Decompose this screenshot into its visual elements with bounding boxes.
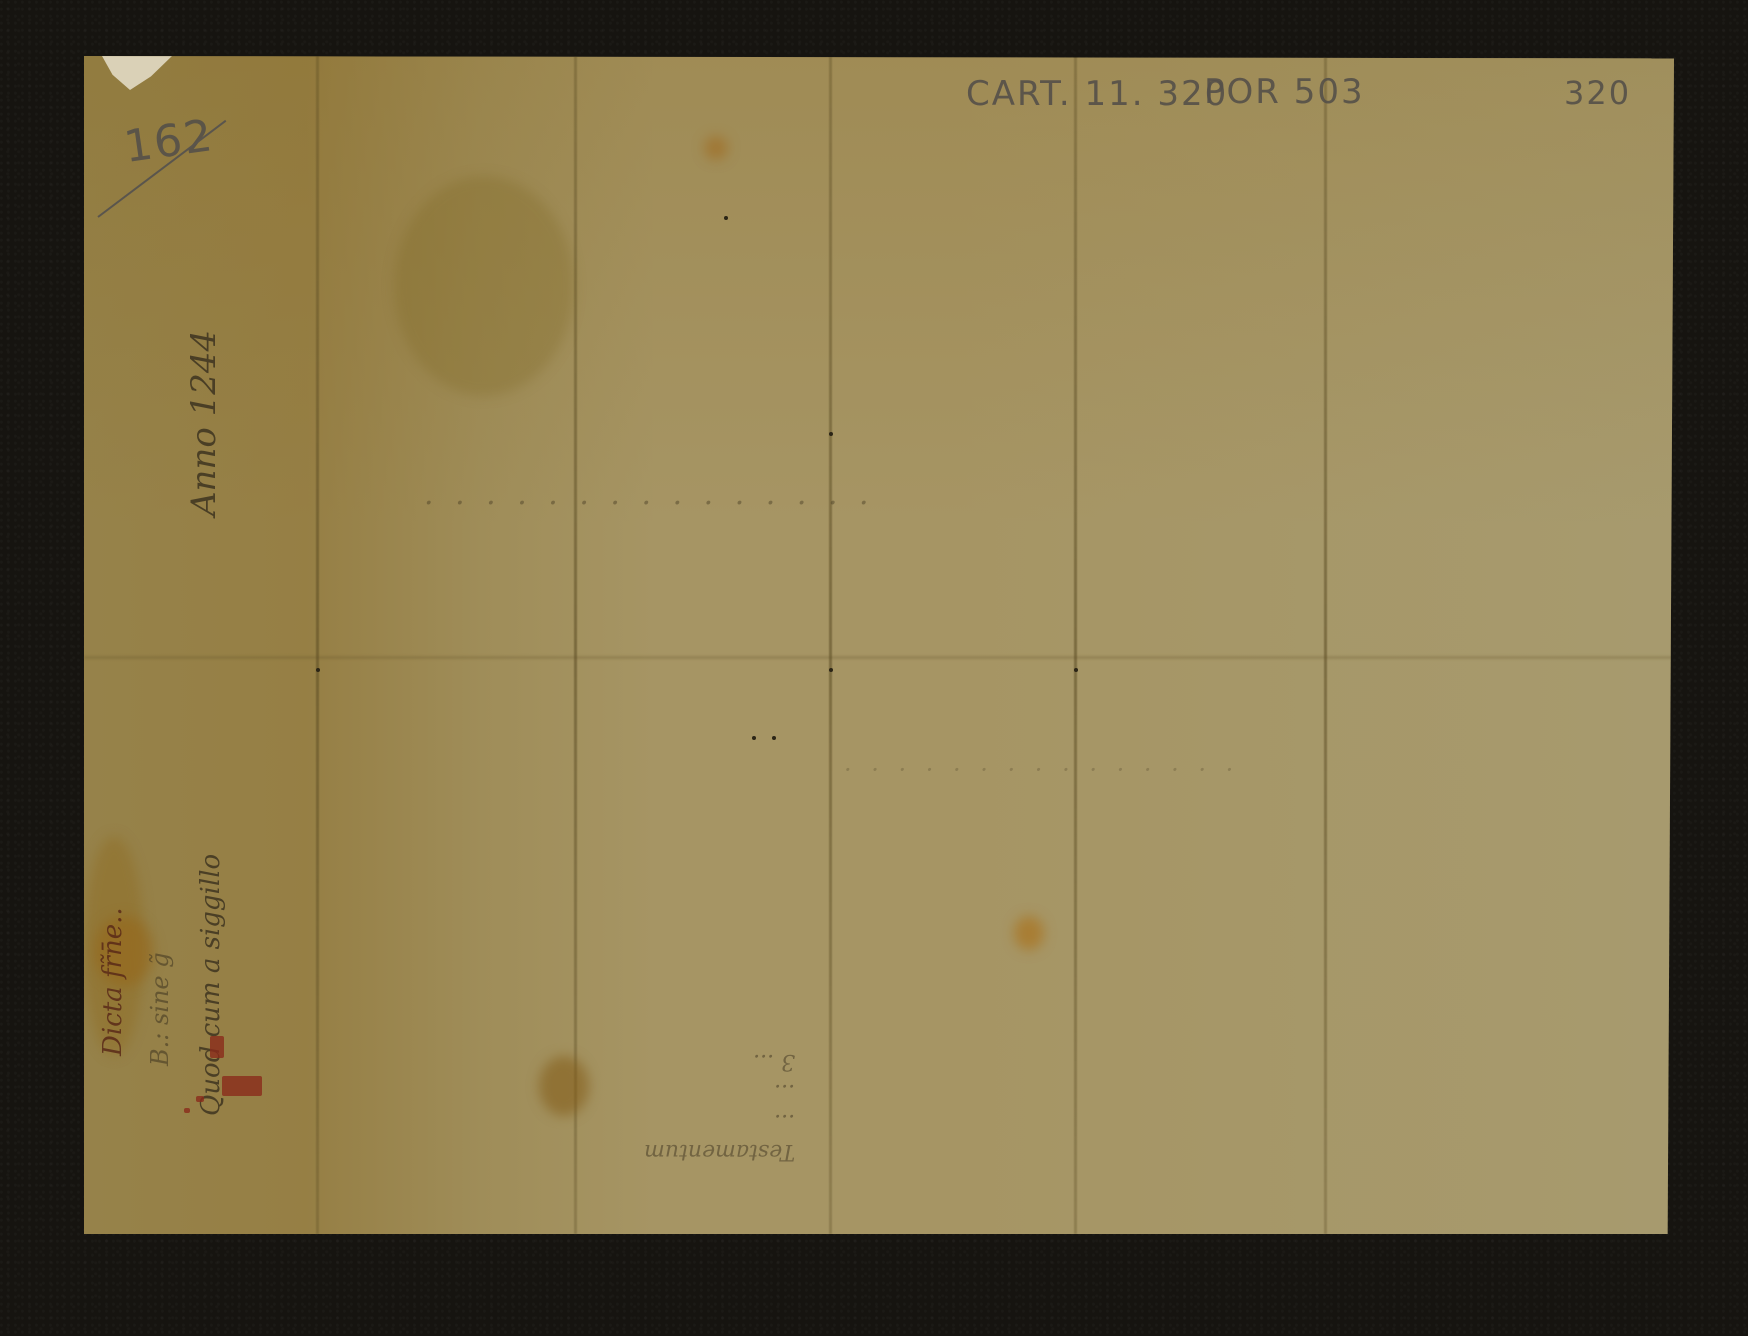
red-wax-trace xyxy=(184,1108,190,1113)
endorsement-line: 3 ... xyxy=(644,1046,795,1076)
prick-mark xyxy=(772,736,776,740)
shelfmark: CART. 11. 320 xyxy=(966,74,1228,114)
stain xyxy=(704,136,728,160)
por-number: POR 503 xyxy=(1204,72,1365,112)
red-wax-trace xyxy=(210,1036,224,1058)
prick-mark xyxy=(1074,668,1078,672)
corner-tear xyxy=(102,56,172,90)
endorsement-line: Testamentum xyxy=(644,1136,795,1166)
stain xyxy=(1014,916,1044,950)
fold-line xyxy=(316,56,319,1234)
date-note: Anno 1244 xyxy=(184,330,224,516)
show-through-text-line: · · · · · · · · · · · · · · · xyxy=(844,756,1239,784)
stain xyxy=(539,1056,589,1116)
fold-line xyxy=(829,56,832,1234)
prick-mark xyxy=(829,432,833,436)
fold-line xyxy=(574,56,577,1234)
side-note-2: B.: sine g̃ xyxy=(146,952,174,1066)
prick-mark xyxy=(724,216,728,220)
show-through-text-line: · · · · · · · · · · · · · · · xyxy=(424,486,875,521)
inverted-endorsement: Testamentum ... ... 3 ... xyxy=(644,1046,795,1166)
parchment-sheet: 162 CART. 11. 320 POR 503 320 Anno 1244 … xyxy=(84,56,1674,1234)
fold-line-horizontal xyxy=(84,656,1674,659)
fold-line xyxy=(1324,56,1327,1234)
folio-number: 320 xyxy=(1564,74,1631,112)
fold-line xyxy=(1074,56,1077,1234)
endorsement-line: ... xyxy=(644,1106,795,1136)
side-note-1: Dicta fr̃n̄e.. xyxy=(98,907,128,1056)
stain xyxy=(394,176,574,396)
prick-mark xyxy=(752,736,756,740)
prick-mark xyxy=(316,668,320,672)
red-wax-trace xyxy=(196,1096,204,1102)
red-wax-trace xyxy=(222,1076,262,1096)
endorsement-line: ... xyxy=(644,1076,795,1106)
prick-mark xyxy=(829,668,833,672)
